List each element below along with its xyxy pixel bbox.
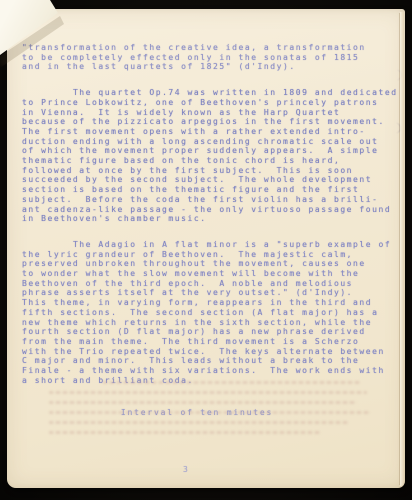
interval-note: Interval of ten minutes [7,408,387,417]
page-number: 3 [183,465,189,474]
pencil-mark-margin-2 [395,123,401,133]
typewritten-text: "transformation of the creative idea, a … [22,43,398,402]
paragraph-adagio: The Adagio in A flat minor is a "superb … [22,240,398,386]
paragraph-quartet-op74: The quartet Op.74 was written in 1809 an… [22,88,398,224]
document-page: "transformation of the creative idea, a … [7,9,405,488]
pencil-mark-margin-1 [396,70,402,80]
paragraph-dindy-quote: "transformation of the creative idea, a … [22,43,398,72]
